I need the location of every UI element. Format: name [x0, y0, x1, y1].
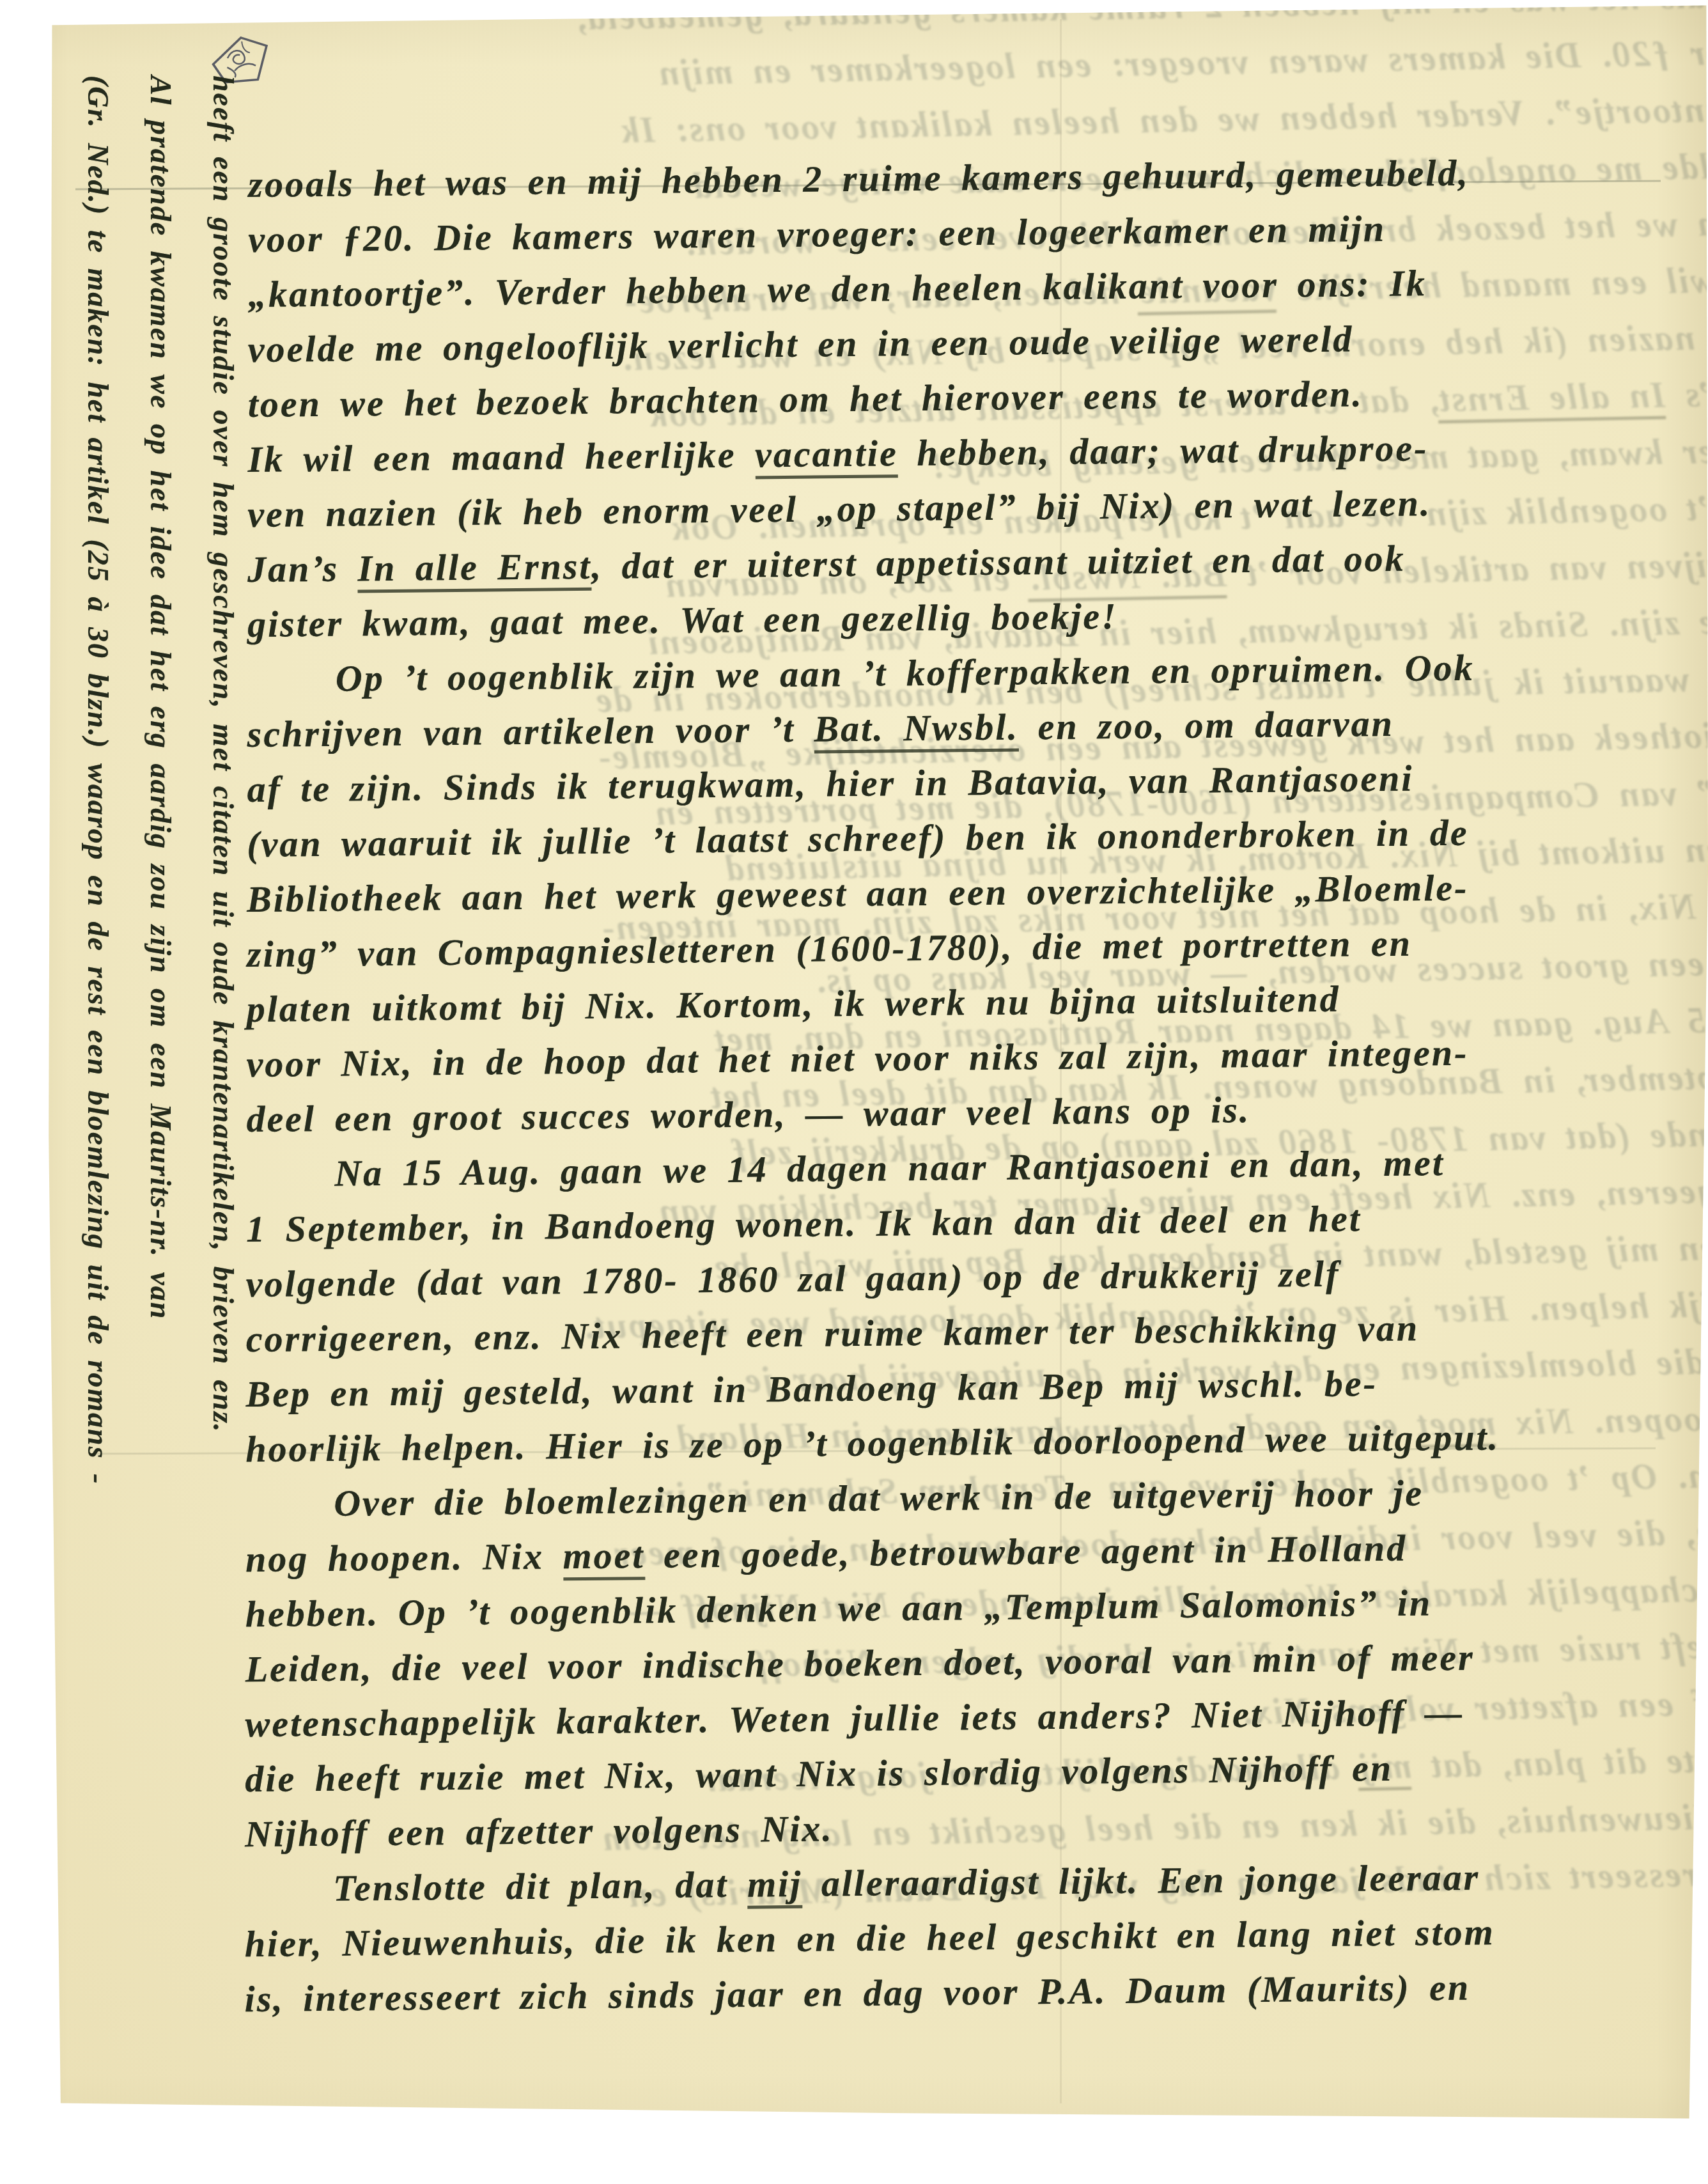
body-text-segment: af te zijn. Sinds ik terugkwam, hier in …: [247, 758, 1414, 811]
body-text-segment: , dat er uiterst appetissant uitziet en …: [591, 538, 1406, 587]
body-text-segment: corrigeeren, enz. Nix heeft een ruime ka…: [245, 1307, 1419, 1360]
body-text-segment: hebben, daar; wat drukproe-: [897, 427, 1428, 474]
underlined-word: In alle Ernst: [357, 545, 592, 593]
body-text-segment: is, interesseert zich sinds jaar en dag …: [244, 1967, 1470, 2020]
body-text-segment: (van waaruit ik jullie ’t laatst schreef…: [247, 812, 1469, 865]
body-text-segment: „kantoortje”. Verder hebben we den heele…: [619, 90, 1708, 151]
body-line: zooals het was en mij hebben 2 ruime kam…: [52, 0, 1708, 57]
body-text-segment: Over die bloemlezingen en dat werk in de…: [334, 1472, 1424, 1524]
margin-note: heeft een groote studie over hem geschre…: [63, 75, 254, 2089]
body-text-segment: en zoo, om daarvan: [1019, 703, 1394, 748]
body-text-segment: 1 September, in Bandoeng wonen. Ik kan d…: [246, 1197, 1362, 1250]
body-text-segment: die heeft ruzie met Nix, want Nix is slo…: [245, 1747, 1393, 1800]
body-text-segment: hier, Nieuwenhuis, die ik ken en die hee…: [245, 1911, 1496, 1965]
body-text-segment: ven nazien (ik heb enorm veel „op stapel…: [247, 482, 1432, 535]
body-text-segment: zooals het was en mij hebben 2 ruime kam…: [574, 0, 1708, 38]
body-text-segment: Op ’t oogenblik zijn we aan ’t kofferpak…: [336, 647, 1475, 699]
body-line: voor ƒ20. Die kamers waren vroeger: een …: [53, 24, 1708, 114]
body-text-segment: Bep en mij gesteld, want in Bandoeng kan…: [245, 1362, 1378, 1415]
body-text-segment: hebben. Op ’t oogenblik denken we aan „T…: [245, 1582, 1432, 1635]
body-text-segment: zing” van Compagniesletteren (1600-1780)…: [247, 923, 1412, 975]
underlined-word: mij: [747, 1863, 803, 1909]
body-text-segment: zooals het was en mij hebben 2 ruime kam…: [248, 152, 1470, 205]
body-text-segment: wetenschappelijk karakter. Weten jullie …: [245, 1692, 1464, 1745]
letter-body: zooals het was en mij hebben 2 ruime kam…: [248, 143, 1708, 2027]
body-text-segment: Jan’s: [247, 547, 358, 590]
body-text-segment: schrijven van artikelen voor ’t: [247, 708, 814, 756]
letter-paper: zooals het was en mij hebben 2 ruime kam…: [0, 0, 1708, 2184]
body-text-segment: hoorlijk helpen. Hier is ze op ’t oogenb…: [245, 1416, 1500, 1470]
body-text-segment: volgende (dat van 1780- 1860 zal gaan) o…: [246, 1253, 1340, 1305]
body-text-segment: deel een groot succes worden, — waar vee…: [246, 1089, 1251, 1140]
body-text-segment: Ik wil een maand heerlijke: [247, 433, 755, 480]
body-text-segment: voor Nix, in de hoop dat het niet voor n…: [246, 1032, 1468, 1085]
underlined-word: moet: [563, 1534, 645, 1580]
body-text-segment: Tenslotte dit plan, dat: [333, 1864, 748, 1909]
body-text-segment: „kantoortje”. Verder hebben we den heele…: [248, 262, 1427, 315]
scanned-letter-page: zooals het was en mij hebben 2 ruime kam…: [0, 0, 1708, 2184]
underlined-word: Bat. Nwsbl.: [814, 706, 1019, 753]
body-text-segment: voelde me ongelooflijk verlicht en in ee…: [248, 318, 1354, 370]
body-text-segment: toen we het bezoek brachten om het hiero…: [247, 373, 1363, 425]
body-text-segment: gister kwam, gaat mee. Wat een gezellig …: [247, 595, 1118, 645]
body-text-segment: alleraardigst lijkt. Een jonge leeraar: [802, 1857, 1480, 1905]
underlined-word: vacantie: [755, 432, 898, 479]
body-text-segment: voor ƒ20. Die kamers waren vroeger: een …: [657, 33, 1708, 93]
body-text-segment: voor ƒ20. Die kamers waren vroeger: een …: [248, 208, 1386, 260]
body-text-segment: Bibliotheek aan het werk geweest aan een…: [247, 867, 1469, 920]
body-text-segment: platen uitkomt bij Nix. Kortom, ik werk …: [246, 978, 1340, 1030]
body-text-segment: nog hoopen. Nix: [245, 1535, 563, 1580]
margin-note-line: Al pratende kwamen we op het idee dat he…: [129, 75, 192, 2089]
body-text-segment: Na 15 Aug. gaan we 14 dagen naar Rantjas…: [334, 1142, 1445, 1194]
body-text-segment: Leiden, die veel voor indische boeken do…: [245, 1637, 1475, 1690]
margin-note-line: (Gr. Ned.) te maken: het artikel (25 à 3…: [66, 75, 129, 2089]
body-text-segment: een goede, betrouwbare agent in Holland: [644, 1527, 1407, 1576]
body-text-segment: Nijhoff een afzetter volgens Nix.: [245, 1807, 834, 1855]
